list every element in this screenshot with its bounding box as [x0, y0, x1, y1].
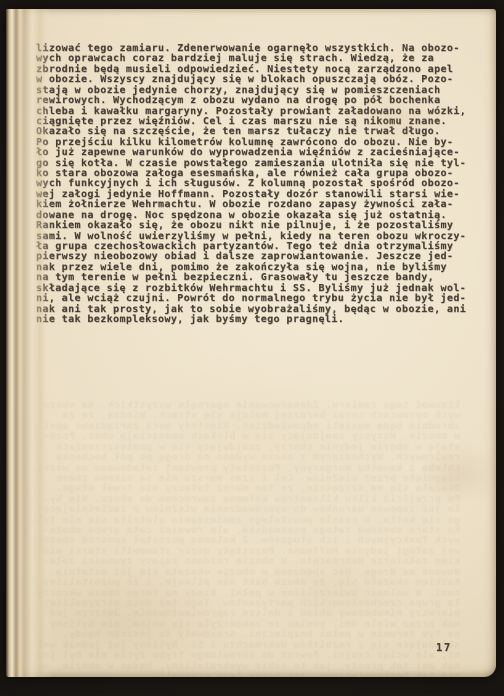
paper-stains-overlay: [6, 9, 496, 677]
spine-page-curl: [6, 9, 52, 677]
book-page: lizować tego zamiaru. Zdenerwowanie ogar…: [6, 9, 496, 677]
book-scan-photo: lizować tego zamiaru. Zdenerwowanie ogar…: [0, 0, 504, 696]
